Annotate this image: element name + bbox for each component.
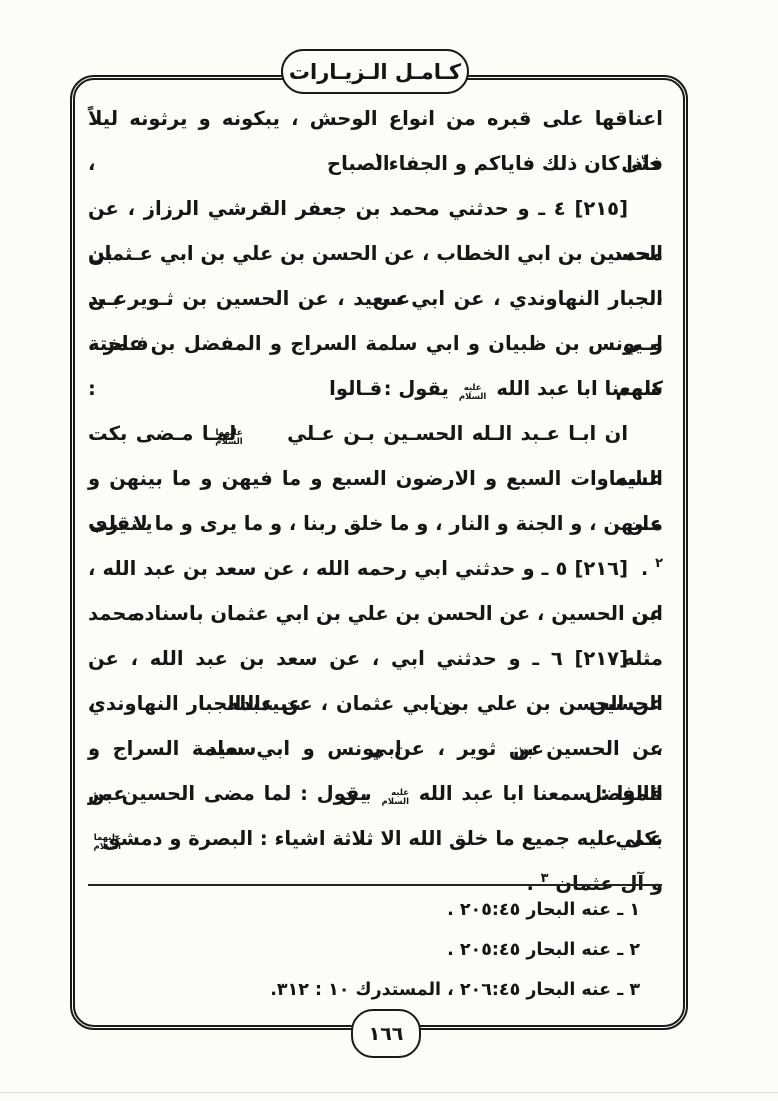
book-title-badge: كـامـل الـزيـارات — [281, 49, 469, 94]
text-line: بكى عليه جميع ما خلق الله الا ثلاثة اشيا… — [88, 816, 663, 861]
text-line: [٢١٧] ٦ ـ و حدثني ابي ، عن سعد بن عبد ال… — [88, 636, 663, 681]
scan-artifact-line — [0, 1092, 778, 1093]
honorific-icon: عليهماالسلام — [246, 429, 278, 448]
text-line: السماوات السبع و الارضون السبع و ما فيهن… — [88, 456, 663, 501]
footnote: ١ ـ عنه البحار ٢٠٥:٤٥ . — [170, 890, 640, 930]
text-line: ابن الحسين ، عن الحسن بن علي بن ابي عثما… — [88, 591, 663, 636]
page-number-badge: ١٦٦ — [351, 1009, 421, 1058]
text-line: [٢١٦] ٥ ـ و حدثني ابي رحمه الله ، عن سعد… — [88, 546, 663, 591]
footnotes: ١ ـ عنه البحار ٢٠٥:٤٥ .٢ ـ عنه البحار ٢٠… — [170, 890, 640, 1010]
text-line: و يونس بن ظبيان و ابي سلمة السراج و المف… — [88, 321, 663, 366]
text-line: اعناقها على قبره من انواع الوحش ، يبكونه… — [88, 96, 663, 141]
honorific-icon: عليهالسلام — [457, 384, 489, 403]
text-line: الحسين بن ابي الخطاب ، عن الحسن بن علي ب… — [88, 231, 663, 276]
footnote-separator — [88, 884, 662, 886]
text-line: قالوا : سمعنا ابا عبد الله عليهالسلام يق… — [88, 771, 663, 816]
text-line: عن الحسن بن علي بن ابي عثمان ، عن عبدالج… — [88, 681, 663, 726]
book-title: كـامـل الـزيـارات — [289, 60, 461, 84]
text-line: [٢١٥] ٤ ـ و حدثني محمد بن جعفر القرشي ال… — [88, 186, 663, 231]
text-line: عن الحسين بن ثوير ، عن يونس و ابي سلمة ا… — [88, 726, 663, 771]
page-number: ١٦٦ — [369, 1023, 404, 1045]
footnote: ٣ ـ عنه البحار ٢٠٦:٤٥ ، المستدرك ١٠ : ٣١… — [170, 970, 640, 1010]
footnote: ٢ ـ عنه البحار ٢٠٥:٤٥ . — [170, 930, 640, 970]
text-line: ان ابـا عـبد الـله الحسـين بـن عـلي عليه… — [88, 411, 663, 456]
text-line: الجبار النهاوندي ، عن ابي سعيد ، عن الحس… — [88, 276, 663, 321]
book-page: كـامـل الـزيـارات اعناقها على قبره من ان… — [0, 0, 778, 1101]
honorific-icon: عليهالسلام — [377, 789, 409, 808]
text-line: عليهن ، و الجنة و النار ، و ما خلق ربنا … — [88, 501, 663, 546]
body-text: اعناقها على قبره من انواع الوحش ، يبكونه… — [88, 96, 663, 861]
